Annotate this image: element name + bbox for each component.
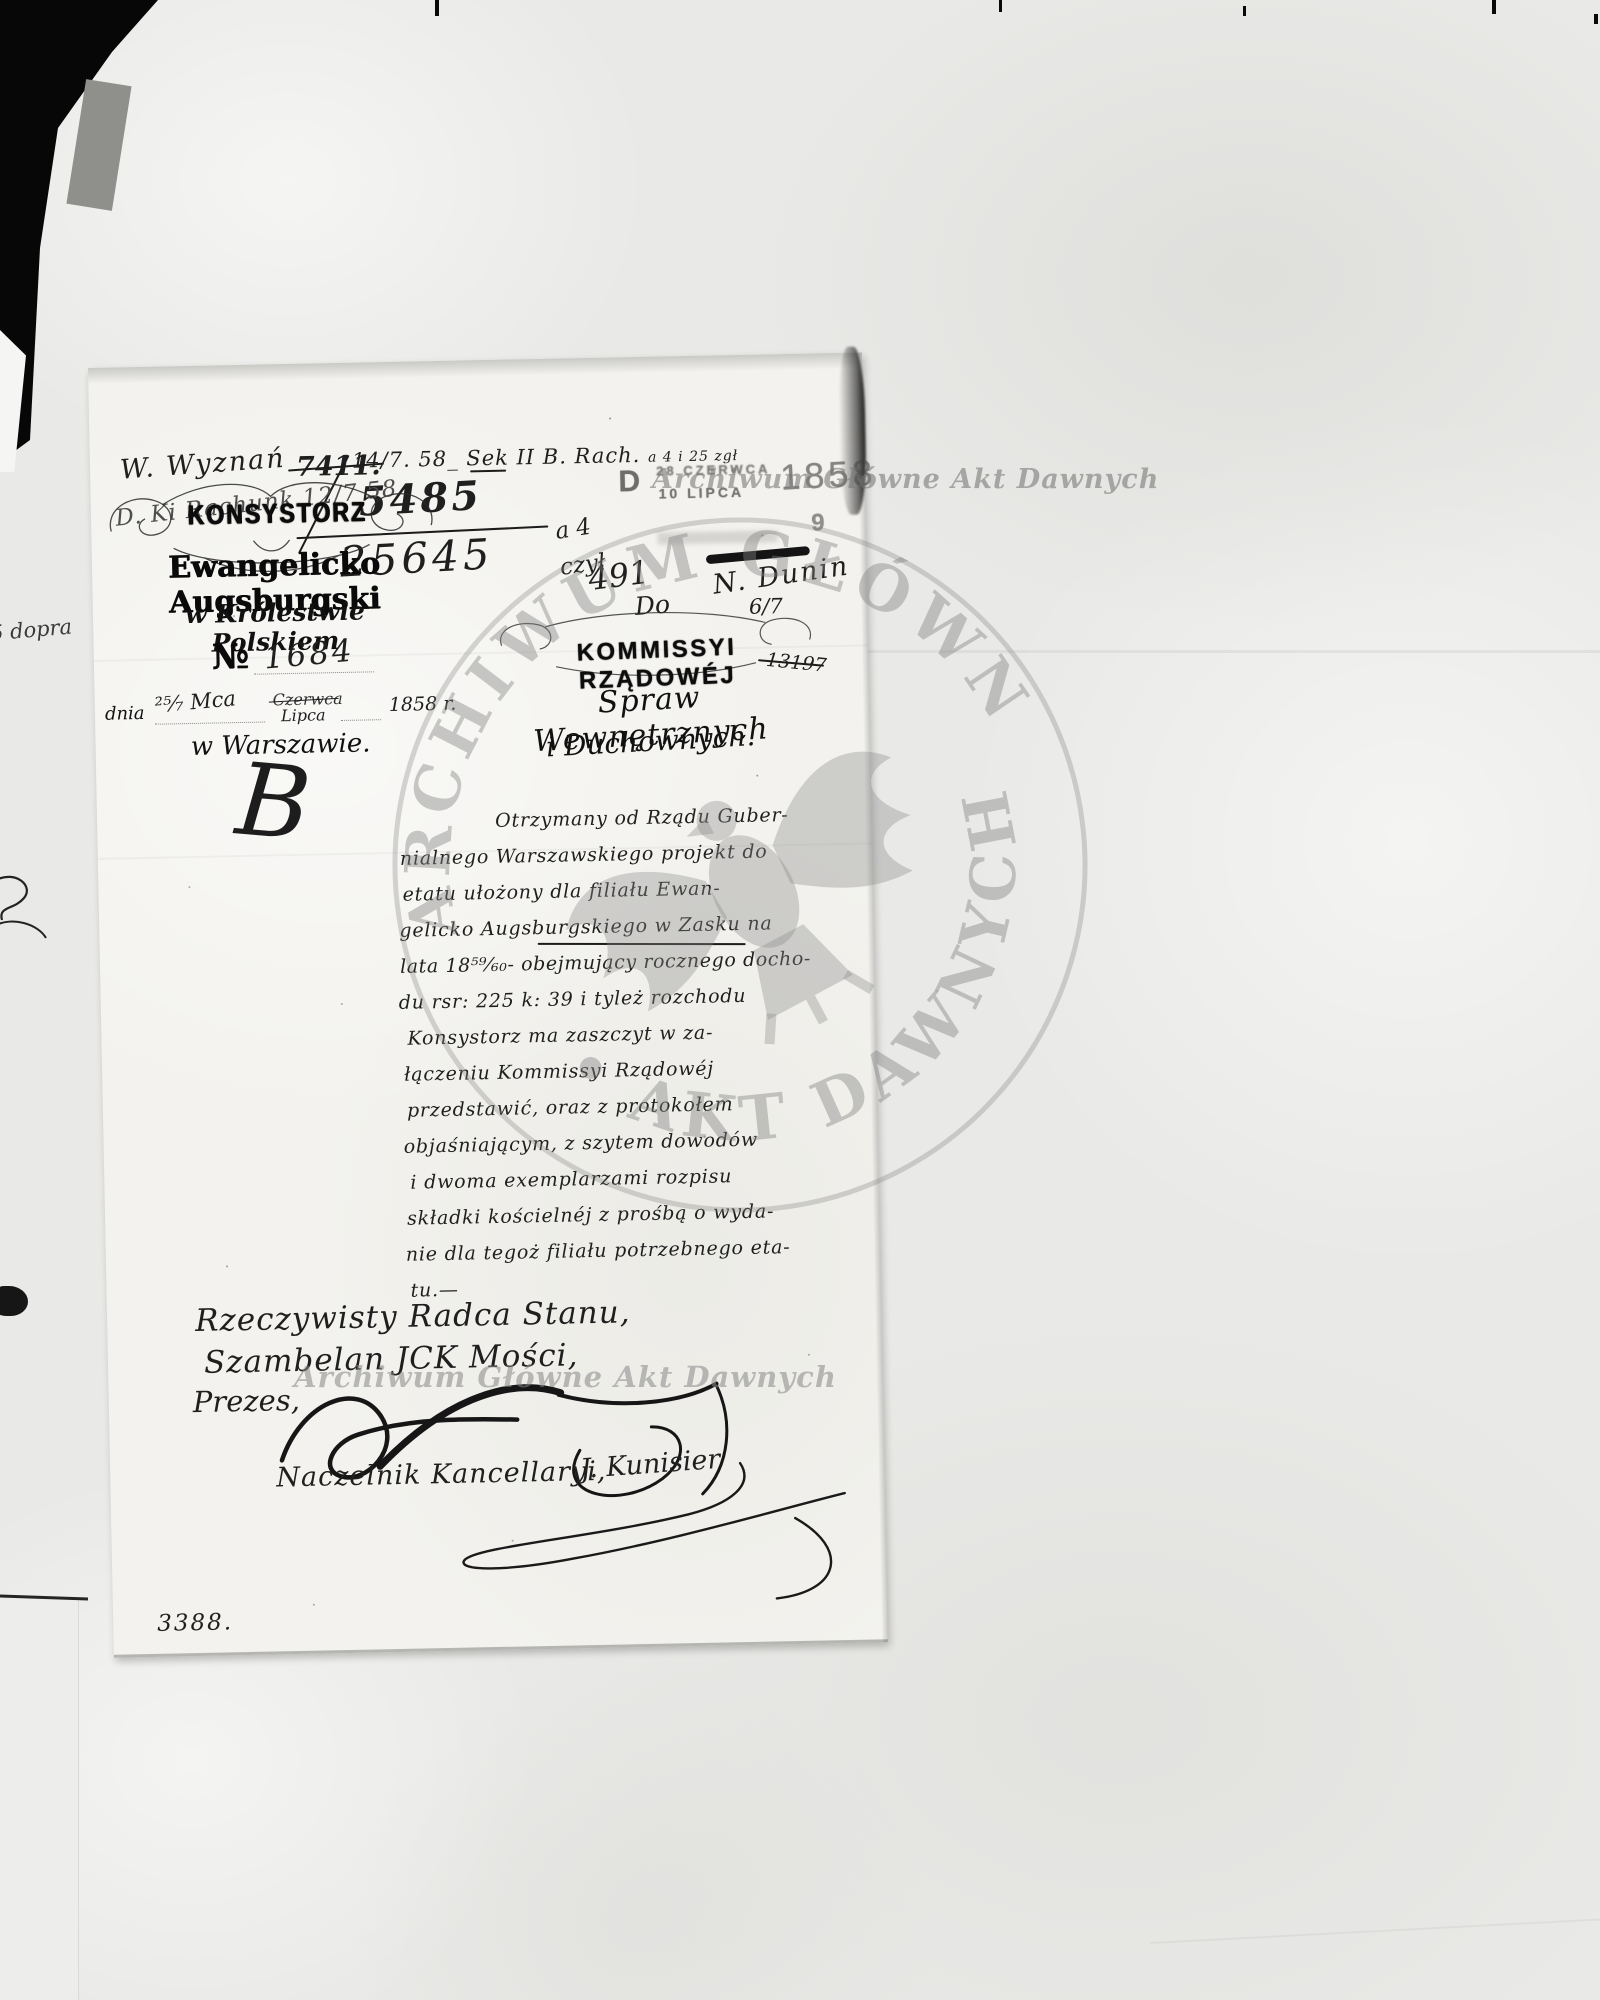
kancellaria-flourish [410,1439,873,1608]
left-fragment-blot [0,1286,28,1316]
film-tick [1594,14,1598,24]
background-seam [1150,1918,1600,1944]
film-tick [435,0,439,16]
paper-specks [88,368,90,370]
film-tick [1243,6,1246,16]
letterhead-title: KONSYSTORZ [186,496,369,532]
film-tick [999,0,1002,12]
left-fragment-paper [0,1600,79,2000]
film-tick [1492,0,1496,14]
scanned-archive-photo: 5 dopra W. Wyznań 7411. 14/7. 58_ Sek II… [0,0,1600,2000]
letterhead-date-label: dnia [105,703,145,725]
footer-number: 3388. [157,1611,233,1636]
page-bottom-edge [114,1639,888,1658]
left-fragment-text: 5 dopra [0,616,73,644]
left-fragment-scribble [0,868,54,948]
